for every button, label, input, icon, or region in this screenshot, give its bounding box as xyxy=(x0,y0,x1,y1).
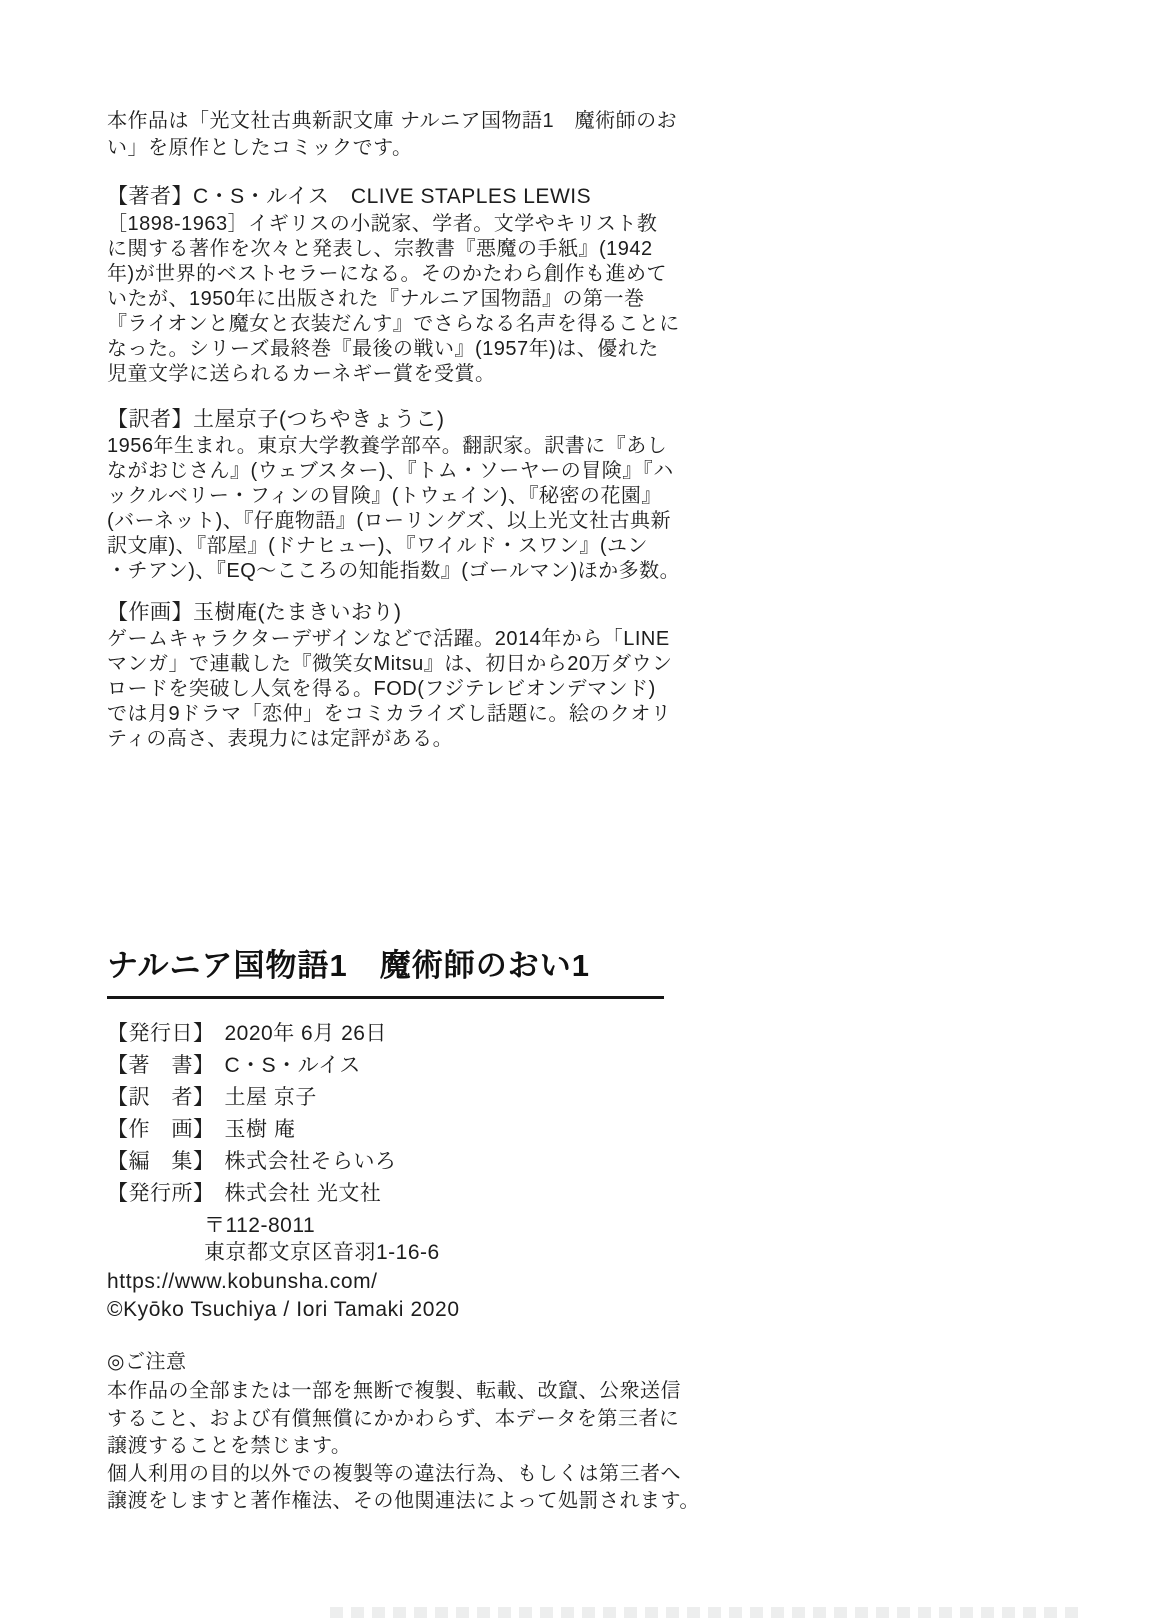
colophon-value: 2020年 6月 26日 xyxy=(225,1018,387,1050)
caution-body: 本作品の全部または一部を無断で複製、転載、改竄、公衆送信 すること、および有償無… xyxy=(107,1378,700,1516)
colophon-row-editor: 【編 集】 株式会社そらいろ xyxy=(107,1146,397,1178)
author-bio: ［1898-1963］イギリスの小説家、学者。文学やキリスト教 に関する著作を次… xyxy=(107,212,680,387)
publisher-url: https://www.kobunsha.com/ xyxy=(107,1268,378,1295)
colophon-label: 【作 画】 xyxy=(107,1114,215,1146)
colophon-label: 【訳 者】 xyxy=(107,1082,215,1114)
publisher-street-address: 東京都文京区音羽1-16-6 xyxy=(204,1239,440,1266)
colophon-row-publish-date: 【発行日】 2020年 6月 26日 xyxy=(107,1018,397,1050)
colophon-value: 株式会社 光文社 xyxy=(225,1178,382,1210)
publisher-postal-code: 〒112-8011 xyxy=(204,1212,315,1239)
colophon-list: 【発行日】 2020年 6月 26日 【著 書】 C・S・ルイス 【訳 者】 土… xyxy=(107,1018,397,1210)
colophon-label: 【編 集】 xyxy=(107,1146,215,1178)
colophon-row-author: 【著 書】 C・S・ルイス xyxy=(107,1050,397,1082)
artist-bio: ゲームキャラクターデザインなどで活躍。2014年から「LINE マンガ」で連載し… xyxy=(107,627,673,752)
book-title: ナルニア国物語1 魔術師のおい1 xyxy=(107,940,664,999)
colophon-value: 株式会社そらいろ xyxy=(225,1146,397,1178)
colophon-label: 【発行所】 xyxy=(107,1178,215,1210)
colophon-label: 【著 書】 xyxy=(107,1050,215,1082)
artist-heading: 【作画】玉樹庵(たまきいおり) xyxy=(107,600,402,625)
colophon-page: 本作品は「光文社古典新訳文庫 ナルニア国物語1 魔術師のお い」を原作としたコミ… xyxy=(0,0,1170,1618)
caution-heading: ◎ご注意 xyxy=(107,1350,186,1375)
colophon-value: 玉樹 庵 xyxy=(225,1114,296,1146)
colophon-row-artist: 【作 画】 玉樹 庵 xyxy=(107,1114,397,1146)
colophon-label: 【発行日】 xyxy=(107,1018,215,1050)
cutoff-text-fragment xyxy=(330,1607,1082,1618)
colophon-value: C・S・ルイス xyxy=(225,1050,361,1082)
colophon-row-translator: 【訳 者】 土屋 京子 xyxy=(107,1082,397,1114)
author-heading: 【著者】C・S・ルイス CLIVE STAPLES LEWIS xyxy=(107,184,591,209)
translator-heading: 【訳者】土屋京子(つちやきょうこ) xyxy=(107,407,445,432)
adaptation-note: 本作品は「光文社古典新訳文庫 ナルニア国物語1 魔術師のお い」を原作としたコミ… xyxy=(107,108,677,162)
copyright-notice: ©Kyōko Tsuchiya / Iori Tamaki 2020 xyxy=(107,1296,460,1323)
translator-bio: 1956年生まれ。東京大学教養学部卒。翻訳家。訳書に『あし ながおじさん』(ウェ… xyxy=(107,434,680,584)
colophon-value: 土屋 京子 xyxy=(225,1082,317,1114)
colophon-row-publisher: 【発行所】 株式会社 光文社 xyxy=(107,1178,397,1210)
